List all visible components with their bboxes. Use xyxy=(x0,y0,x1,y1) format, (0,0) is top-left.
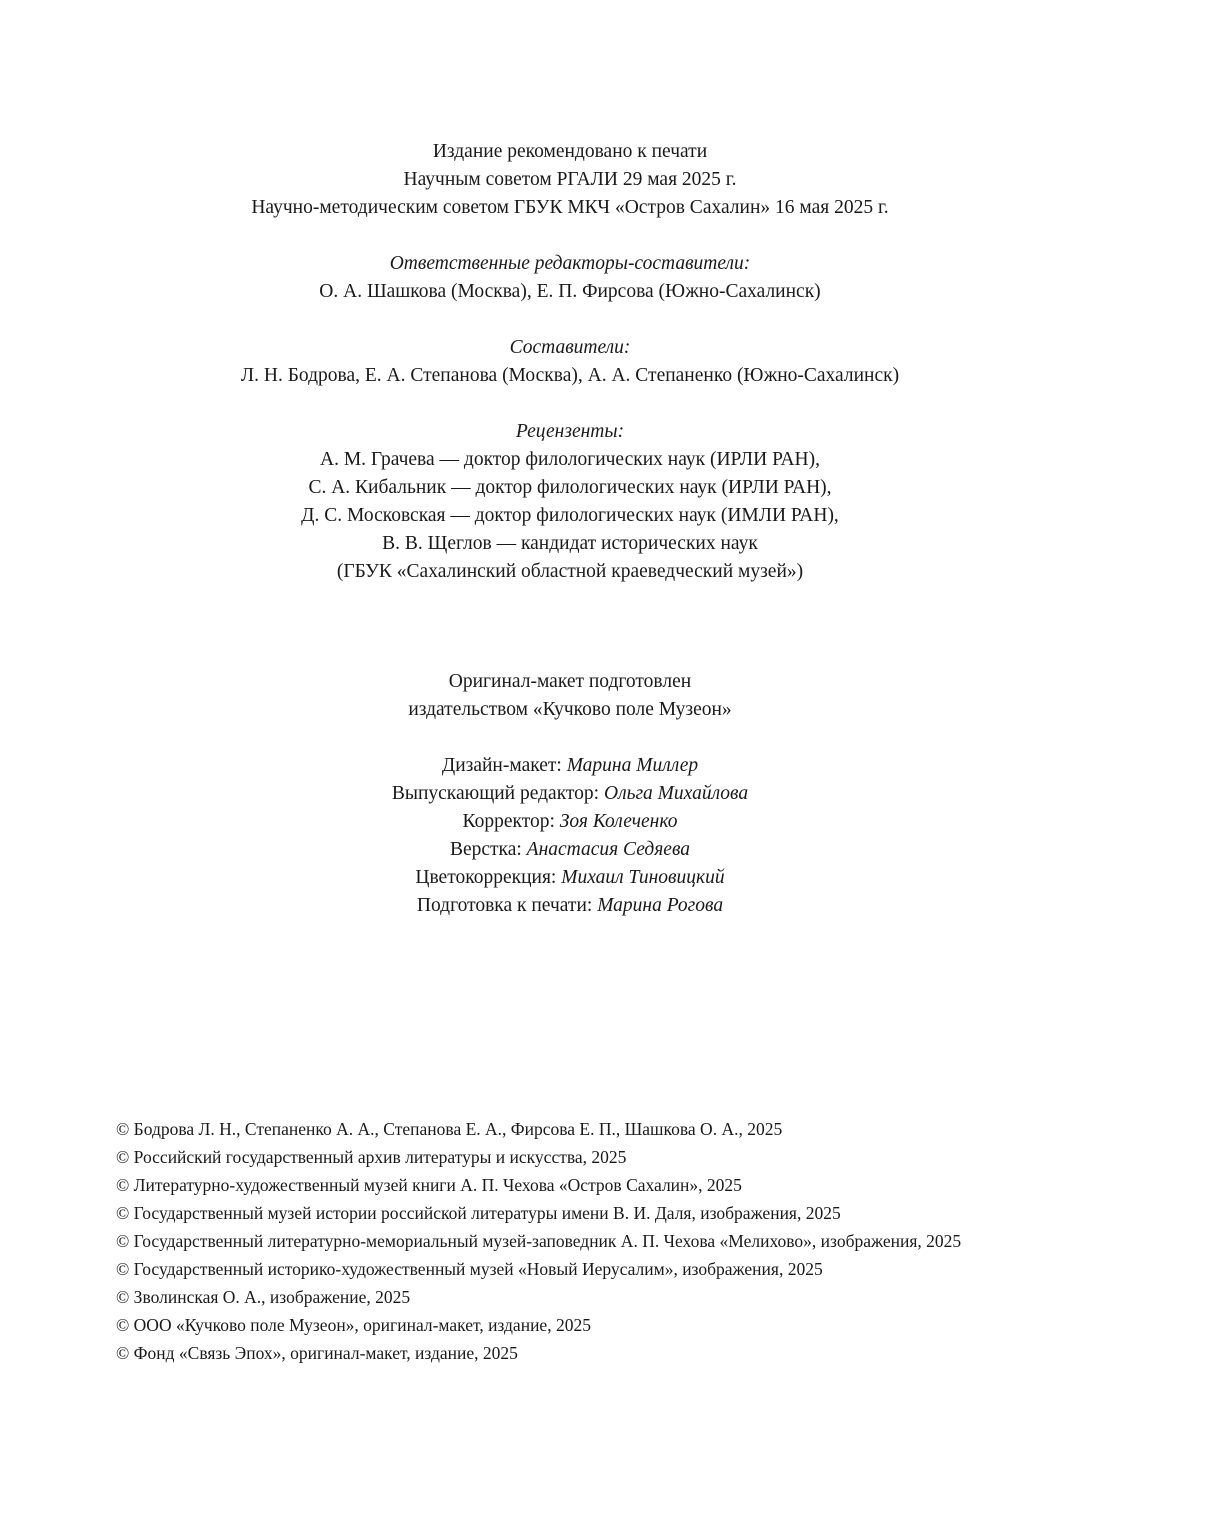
credit-name: Марина Рогова xyxy=(597,895,723,916)
credit-role: Дизайн-макет: xyxy=(442,755,567,776)
credit-role: Выпускающий редактор: xyxy=(392,783,604,804)
credit-line: Верстка: Анастасия Седяева xyxy=(0,836,1140,864)
layout-prepared-section: Оригинал-макет подготовлен издательством… xyxy=(0,668,1140,724)
credit-line: Дизайн-макет: Марина Миллер xyxy=(0,752,1140,780)
copyright-line: © Бодрова Л. Н., Степаненко А. А., Степа… xyxy=(116,1115,961,1143)
editors-section: Ответственные редакторы-составители: О. … xyxy=(0,250,1140,306)
compilers-section: Составители: Л. Н. Бодрова, Е. А. Степан… xyxy=(0,334,1140,390)
approval-section: Издание рекомендовано к печати Научным с… xyxy=(0,138,1140,222)
approval-line: Издание рекомендовано к печати xyxy=(0,138,1140,166)
copyright-line: © Государственный музей истории российск… xyxy=(116,1199,961,1227)
reviewer-line: Д. С. Московская — доктор филологических… xyxy=(0,502,1140,530)
credit-name: Ольга Михайлова xyxy=(604,783,748,804)
copyright-section: © Бодрова Л. Н., Степаненко А. А., Степа… xyxy=(116,1115,961,1367)
copyright-line: © Фонд «Связь Эпох», оригинал-макет, изд… xyxy=(116,1339,961,1367)
credit-role: Подготовка к печати: xyxy=(417,895,597,916)
credit-line: Цветокоррекция: Михаил Тиновицкий xyxy=(0,864,1140,892)
layout-line: издательством «Кучково поле Музеон» xyxy=(0,696,1140,724)
credit-line: Корректор: Зоя Колеченко xyxy=(0,808,1140,836)
editors-names: О. А. Шашкова (Москва), Е. П. Фирсова (Ю… xyxy=(0,278,1140,306)
editors-heading: Ответственные редакторы-составители: xyxy=(0,250,1140,278)
reviewers-section: Рецензенты: А. М. Грачева — доктор филол… xyxy=(0,418,1140,586)
copyright-line: © Российский государственный архив литер… xyxy=(116,1143,961,1171)
credit-line: Подготовка к печати: Марина Рогова xyxy=(0,892,1140,920)
credit-line: Выпускающий редактор: Ольга Михайлова xyxy=(0,780,1140,808)
reviewers-heading: Рецензенты: xyxy=(0,418,1140,446)
credit-name: Михаил Тиновицкий xyxy=(561,867,724,888)
copyright-line: © Государственный литературно-мемориальн… xyxy=(116,1227,961,1255)
credit-role: Корректор: xyxy=(463,811,560,832)
reviewer-line: С. А. Кибальник — доктор филологических … xyxy=(0,474,1140,502)
compilers-names: Л. Н. Бодрова, Е. А. Степанова (Москва),… xyxy=(0,362,1140,390)
credit-role: Верстка: xyxy=(450,839,527,860)
copyright-line: © Зволинская О. А., изображение, 2025 xyxy=(116,1283,961,1311)
copyright-line: © Государственный историко-художественны… xyxy=(116,1255,961,1283)
credits-section: Дизайн-макет: Марина Миллер Выпускающий … xyxy=(0,752,1140,920)
compilers-heading: Составители: xyxy=(0,334,1140,362)
approval-line: Научно-методическим советом ГБУК МКЧ «Ос… xyxy=(0,194,1140,222)
reviewer-line: А. М. Грачева — доктор филологических на… xyxy=(0,446,1140,474)
reviewer-line: В. В. Щеглов — кандидат исторических нау… xyxy=(0,530,1140,558)
credit-role: Цветокоррекция: xyxy=(415,867,561,888)
credit-name: Марина Миллер xyxy=(567,755,698,776)
approval-line: Научным советом РГАЛИ 29 мая 2025 г. xyxy=(0,166,1140,194)
credit-name: Зоя Колеченко xyxy=(560,811,678,832)
reviewer-line: (ГБУК «Сахалинский областной краеведческ… xyxy=(0,558,1140,586)
copyright-line: © Литературно-художественный музей книги… xyxy=(116,1171,961,1199)
copyright-line: © ООО «Кучково поле Музеон», оригинал-ма… xyxy=(116,1311,961,1339)
credit-name: Анастасия Седяева xyxy=(527,839,690,860)
layout-line: Оригинал-макет подготовлен xyxy=(0,668,1140,696)
